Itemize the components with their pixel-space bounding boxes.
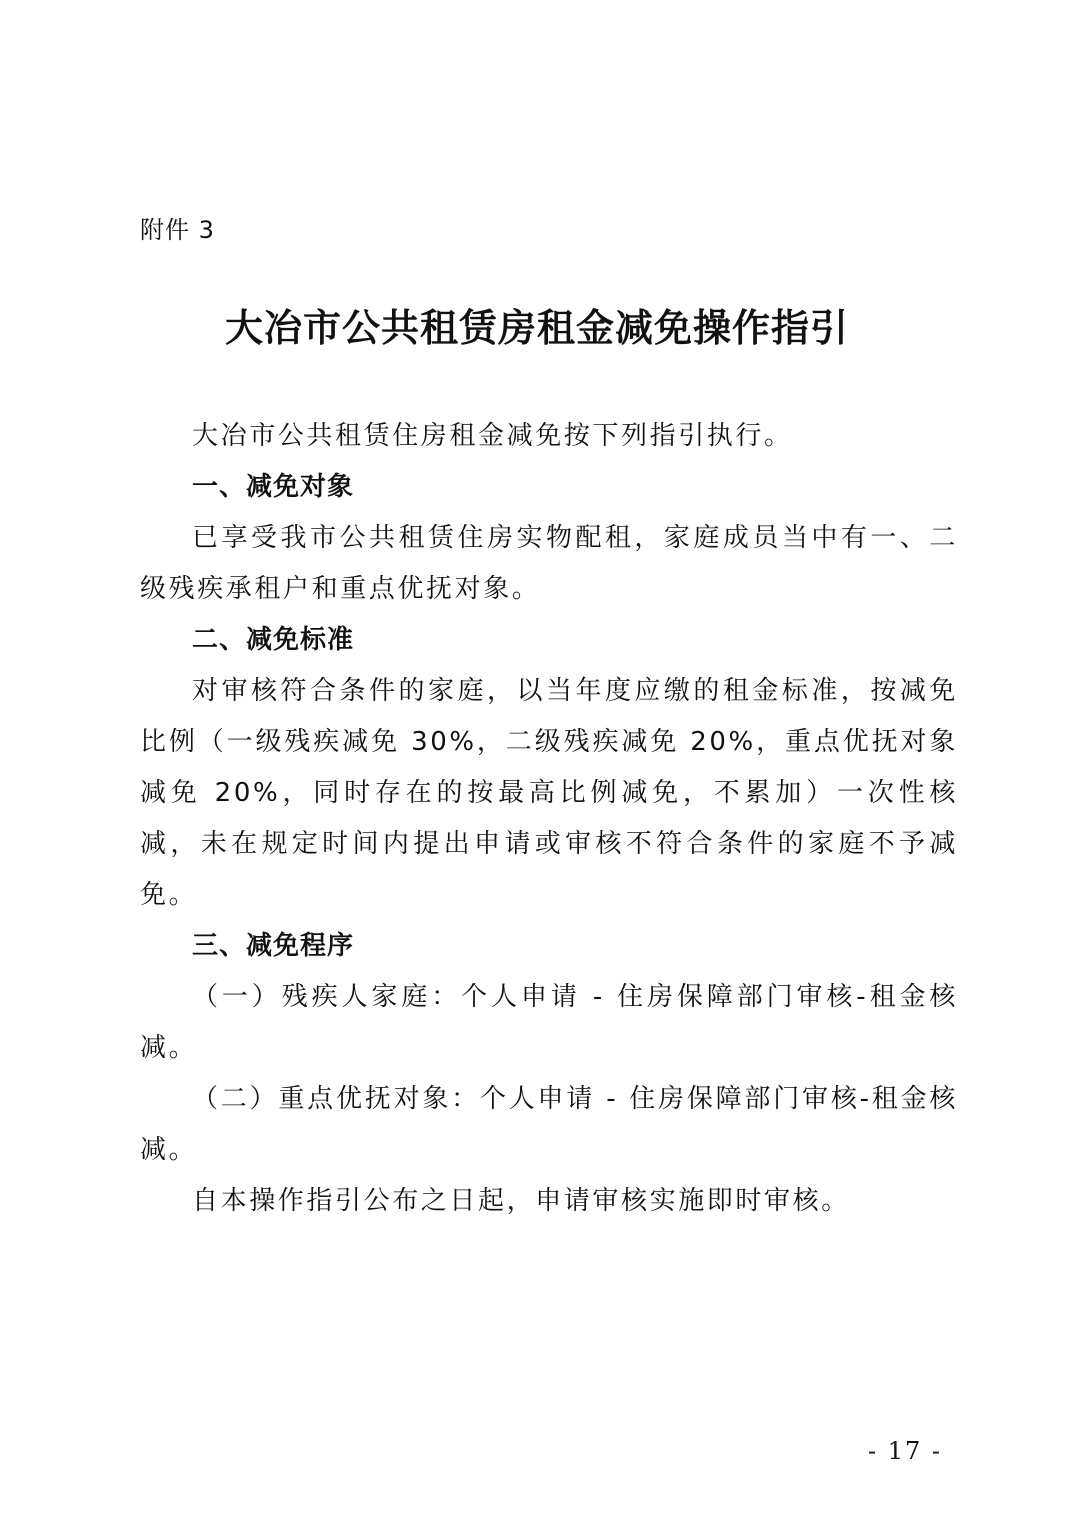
procedure-item-disabled: （一）残疾人家庭：个人申请 - 住房保障部门审核-租金核减。 [140,972,958,1074]
procedure-item-priority: （二）重点优抚对象：个人申请 - 住房保障部门审核-租金核减。 [140,1074,958,1176]
section-heading-targets: 一、减免对象 [140,462,958,513]
page-number: - 17 - [868,1436,942,1466]
effective-date-paragraph: 自本操作指引公布之日起，申请审核实施即时审核。 [140,1176,958,1227]
targets-paragraph: 已享受我市公共租赁住房实物配租，家庭成员当中有一、二级残疾承租户和重点优抚对象。 [140,513,958,615]
document-title: 大冶市公共租赁房租金减免操作指引 [0,300,1074,356]
document-page: 附件 3 大冶市公共租赁房租金减免操作指引 大冶市公共租赁住房租金减免按下列指引… [0,0,1074,1520]
intro-paragraph: 大冶市公共租赁住房租金减免按下列指引执行。 [140,411,958,462]
section-heading-standards: 二、减免标准 [140,615,958,666]
document-body: 大冶市公共租赁住房租金减免按下列指引执行。 一、减免对象 已享受我市公共租赁住房… [140,411,958,1227]
section-heading-procedure: 三、减免程序 [140,921,958,972]
standards-paragraph: 对审核符合条件的家庭，以当年度应缴的租金标准，按减免比例（一级残疾减免 30%，… [140,666,958,921]
attachment-label: 附件 3 [140,212,215,248]
